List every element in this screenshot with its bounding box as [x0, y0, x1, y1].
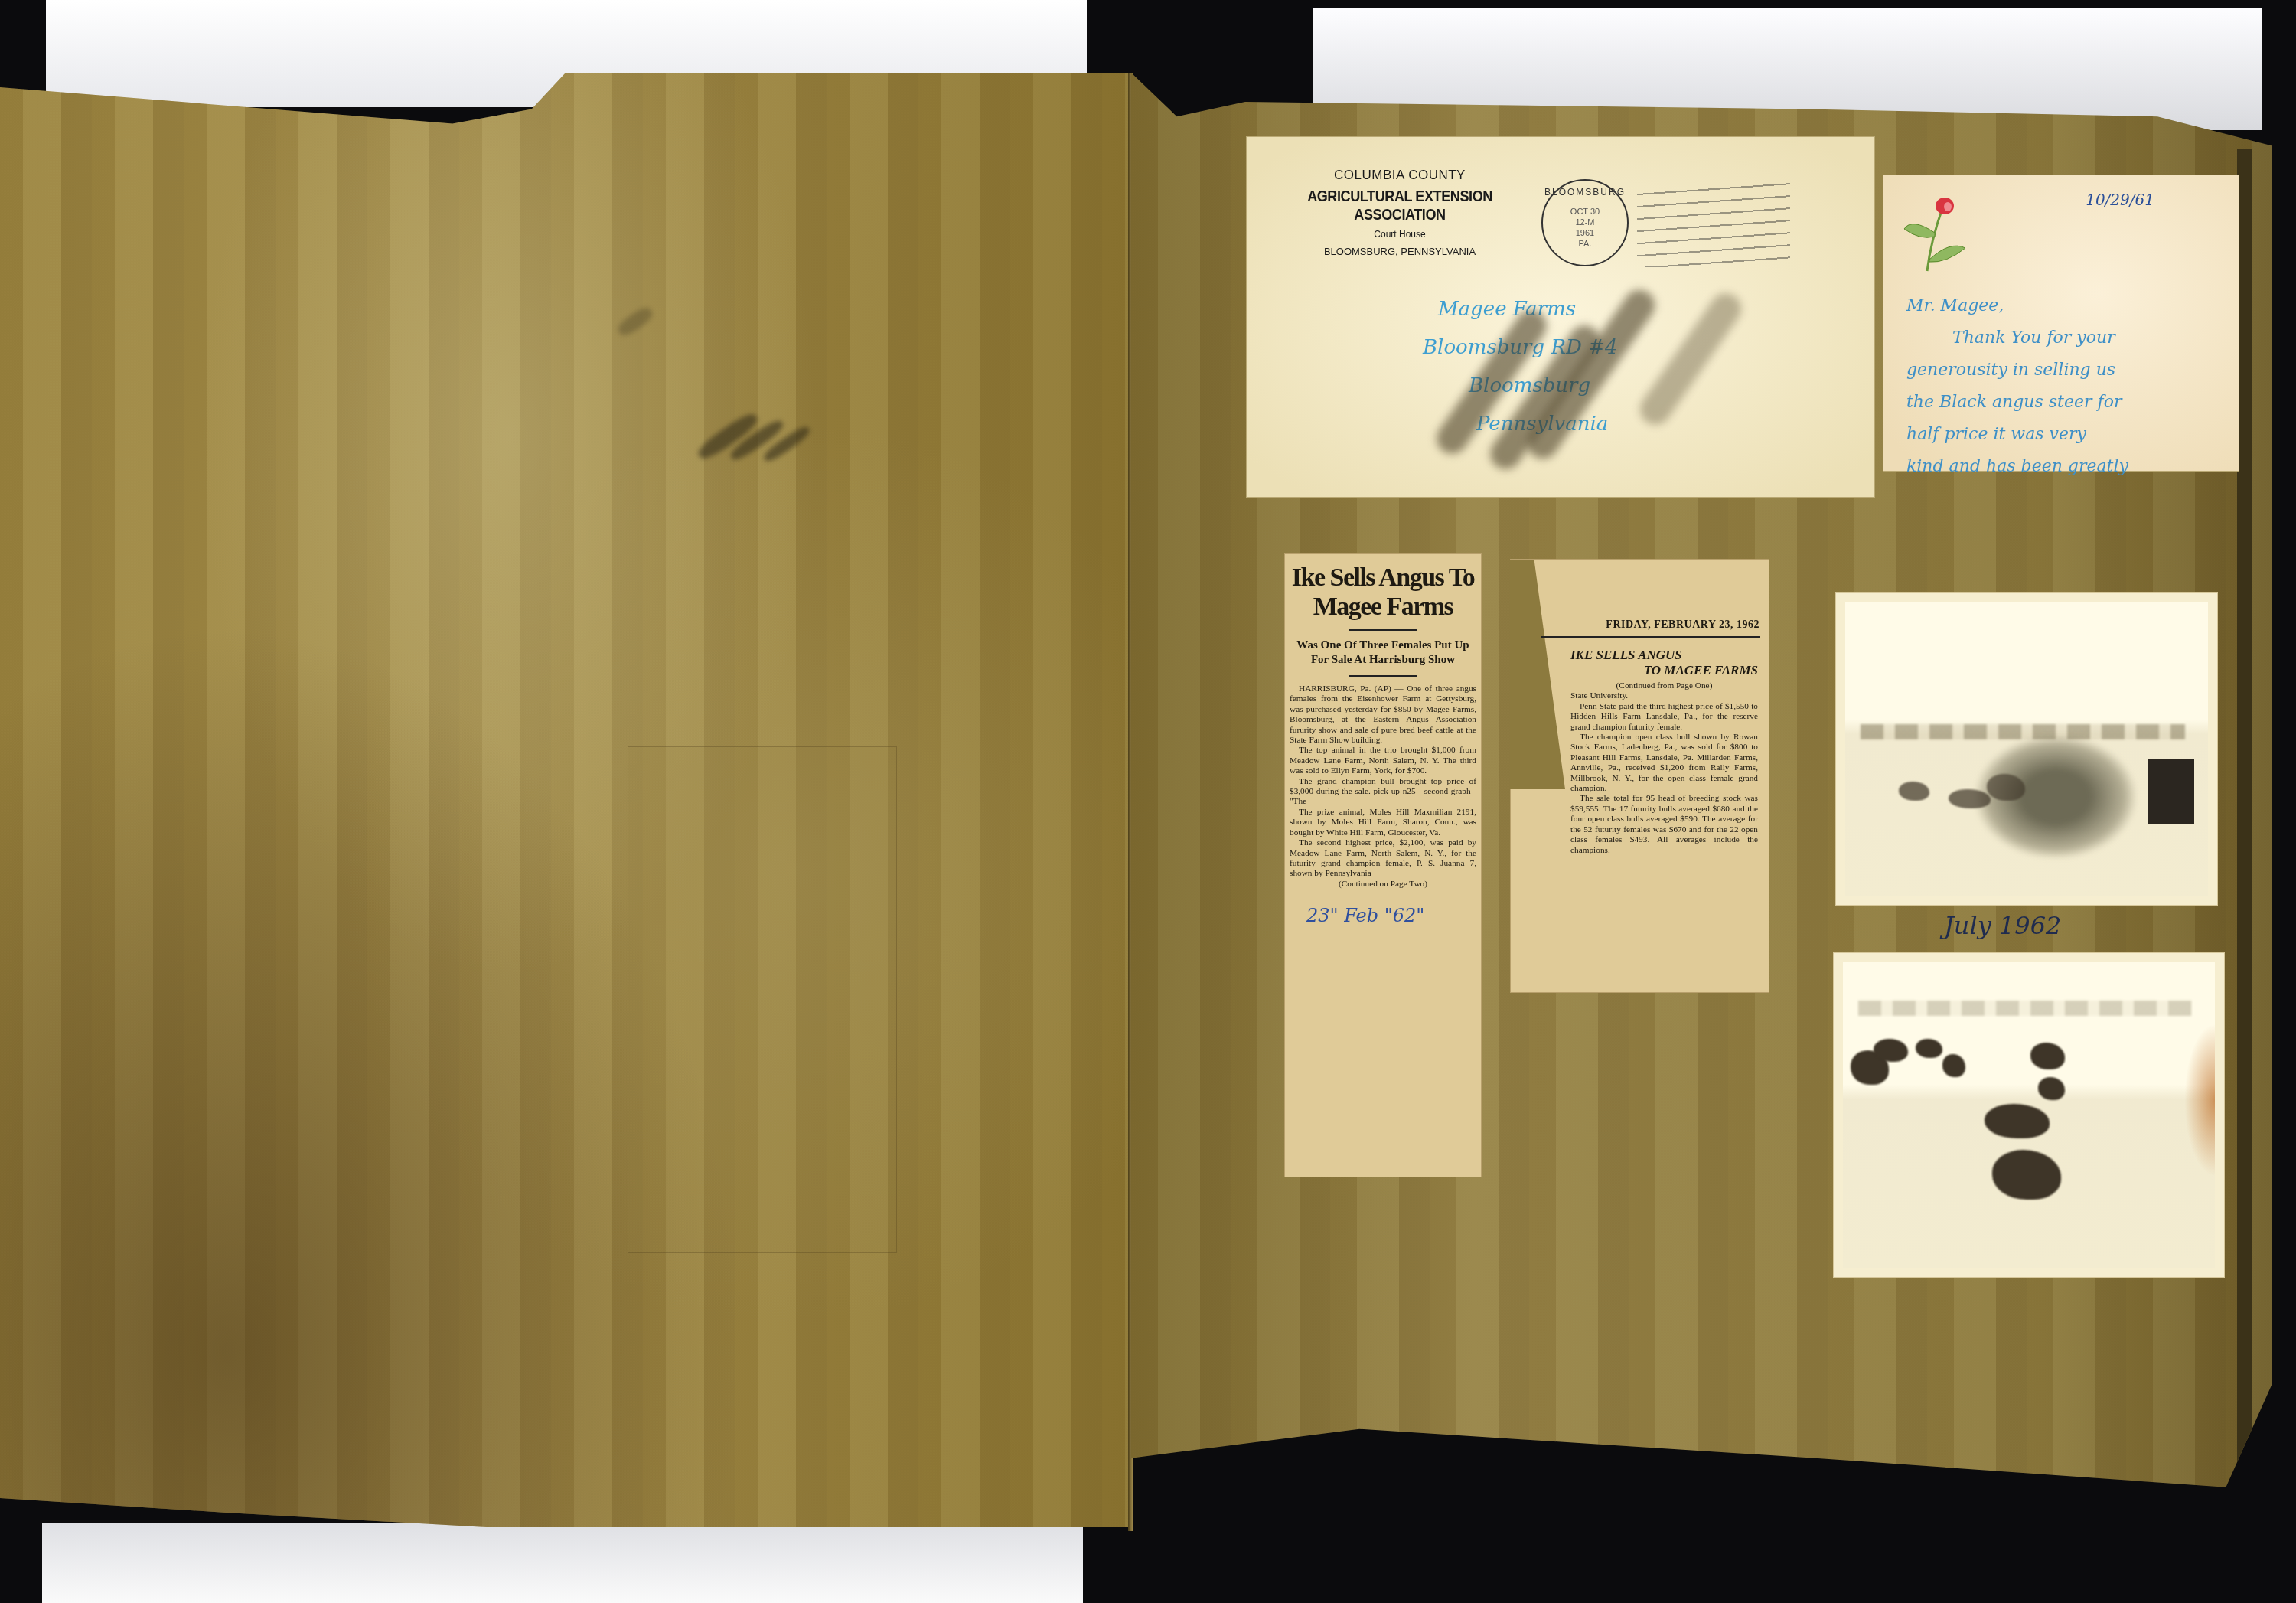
photo-caption: July 1962 [1944, 911, 2061, 940]
rose-icon [1900, 194, 1969, 279]
scan-background-bottom-left [42, 1523, 1083, 1603]
thank-you-note: 10/29/61 Mr. Magee, Thank You for your g… [1883, 175, 2239, 472]
burn-stain [2184, 1024, 2215, 1177]
return-address-org: AGRICULTURAL EXTENSION ASSOCIATION [1268, 188, 1531, 224]
story-paragraph: The sale total for 95 head of breeding s… [1570, 794, 1758, 855]
left-scrapbook-page [0, 73, 1131, 1527]
note-line: Thank You for your [1906, 322, 2223, 354]
clipping-headline: IKE SELLS ANGUS TO MAGEE FARMS [1570, 648, 1758, 678]
cow [1916, 1039, 1942, 1058]
postmark-state: PA. [1543, 239, 1627, 250]
envelope-return-address: COLUMBIA COUNTY AGRICULTURAL EXTENSION A… [1247, 168, 1553, 257]
cow [2030, 1043, 2065, 1069]
faded-removed-item-outline [628, 746, 897, 1253]
newspaper-dateline: FRIDAY, FEBRUARY 23, 1962 [1541, 619, 1760, 638]
cow [1942, 1054, 1965, 1077]
cow [2038, 1077, 2065, 1100]
photo-cattle-hay [1835, 592, 2218, 906]
story-paragraph: State University. [1570, 691, 1758, 701]
postmark-city: BLOOMSBURG [1543, 187, 1627, 198]
story-paragraph: The top animal in the trio brought $1,00… [1290, 746, 1476, 776]
cow [1985, 1104, 2050, 1138]
handwritten-date: 23" Feb "62" [1306, 905, 1476, 926]
story-paragraph: The second highest price, $2,100, was pa… [1290, 838, 1476, 880]
truck [2148, 759, 2194, 824]
clipping-headline: Ike Sells Angus To Magee Farms [1290, 563, 1476, 622]
postmark-year: 1961 [1543, 228, 1627, 239]
clipping-story: (Continued from Page One) State Universi… [1570, 681, 1758, 856]
headline-line: IKE SELLS ANGUS [1570, 648, 1758, 663]
clipping-column: IKE SELLS ANGUS TO MAGEE FARMS (Continue… [1570, 648, 1758, 856]
postmark-stamp: BLOOMSBURG OCT 30 12-M 1961 PA. [1541, 179, 1629, 266]
story-paragraph: The champion open class bull shown by Ro… [1570, 733, 1758, 794]
note-date: 10/29/61 [2086, 191, 2154, 209]
newspaper-clipping-front: Ike Sells Angus To Magee Farms Was One O… [1284, 553, 1482, 1177]
continued-note: (Continued on Page Two) [1290, 880, 1476, 890]
photo-cattle-pasture [1833, 952, 2225, 1278]
treeline [1858, 1001, 2192, 1016]
clipping-subhead: Was One Of Three Females Put Up For Sale… [1290, 638, 1476, 668]
envelope: COLUMBIA COUNTY AGRICULTURAL EXTENSION A… [1246, 136, 1875, 498]
postmark-date: OCT 30 12-M 1961 PA. [1543, 207, 1627, 250]
note-line: the Black angus steer for [1906, 387, 2223, 419]
story-paragraph: The prize animal, Moles Hill Maxmilian 2… [1290, 808, 1476, 838]
return-address-line: COLUMBIA COUNTY [1247, 168, 1553, 183]
postmark-time: 12-M [1543, 217, 1627, 228]
note-body: Mr. Magee, Thank You for your generousit… [1906, 290, 2223, 483]
story-paragraph: The grand champion bull brought top pric… [1290, 777, 1476, 808]
story-paragraph: Penn State paid the third highest price … [1570, 702, 1758, 733]
note-salutation: Mr. Magee, [1906, 290, 2223, 322]
note-line: half price it was very [1906, 419, 2223, 451]
note-line: generousity in selling us [1906, 354, 2223, 387]
cow [1987, 774, 2025, 801]
torn-edge [1510, 560, 1579, 789]
cow [1899, 782, 1929, 801]
cow [1949, 789, 1991, 808]
headline-line: TO MAGEE FARMS [1570, 663, 1758, 678]
postmark-date-line: OCT 30 [1543, 207, 1627, 217]
divider [1349, 629, 1417, 631]
page-edge-shadow [2237, 149, 2252, 1527]
clipping-story: HARRISBURG, Pa. (AP) — One of three angu… [1290, 684, 1476, 890]
divider [1349, 675, 1417, 677]
ink-stain [615, 304, 655, 338]
newspaper-clipping-continued: FRIDAY, FEBRUARY 23, 1962 IKE SELLS ANGU… [1510, 559, 1769, 993]
continued-note: (Continued from Page One) [1570, 681, 1758, 691]
photo-scene [1843, 962, 2215, 1268]
cow [1992, 1150, 2061, 1200]
photo-scene [1845, 602, 2208, 896]
return-address-city: BLOOMSBURG, PENNSYLVANIA [1247, 246, 1553, 257]
cancellation-lines [1637, 183, 1790, 267]
return-address-line: Court House [1247, 229, 1553, 240]
note-line: kind and has been greatly [1906, 451, 2223, 483]
story-paragraph: HARRISBURG, Pa. (AP) — One of three angu… [1290, 684, 1476, 746]
cow [1874, 1039, 1908, 1062]
